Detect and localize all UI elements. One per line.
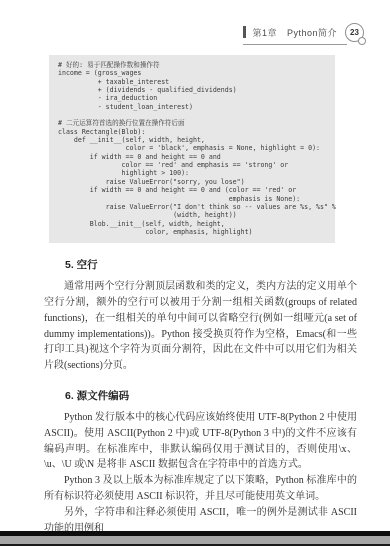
page-header: 第1章 Python简介 23	[243, 23, 364, 45]
running-head: 第1章 Python简介	[243, 24, 347, 45]
paragraph: 通常用两个空行分割顶层函数和类的定义，类内方法的定义用单个空行分割，额外的空行可…	[44, 279, 357, 374]
book-page: 第1章 Python简介 23 # 好的: 易于匹配操作数和操作符 income…	[0, 0, 390, 546]
book-edge-gray-bar	[0, 536, 390, 544]
section-heading-blank-lines: 5. 空行	[44, 257, 357, 272]
chapter-title: Python简介	[287, 26, 337, 39]
header-accent-bar	[243, 26, 246, 38]
code-block: # 好的: 易于匹配操作数和操作符 income = (gross_wages …	[49, 55, 335, 243]
code-text: # 好的: 易于匹配操作数和操作符 income = (gross_wages …	[58, 61, 327, 236]
page-number-badge: 23	[345, 23, 364, 42]
page-content: # 好的: 易于匹配操作数和操作符 income = (gross_wages …	[44, 55, 357, 536]
page-number: 23	[350, 28, 359, 37]
chapter-label: 第1章	[252, 26, 277, 39]
section-heading-source-encoding: 6. 源文件编码	[44, 388, 357, 403]
paragraph: Python 发行版本中的核心代码应该始终使用 UTF-8(Python 2 中…	[44, 410, 357, 473]
paragraph: Python 3 及以上版本为标准库规定了以下策略，Python 标准库中的所有…	[44, 473, 357, 505]
